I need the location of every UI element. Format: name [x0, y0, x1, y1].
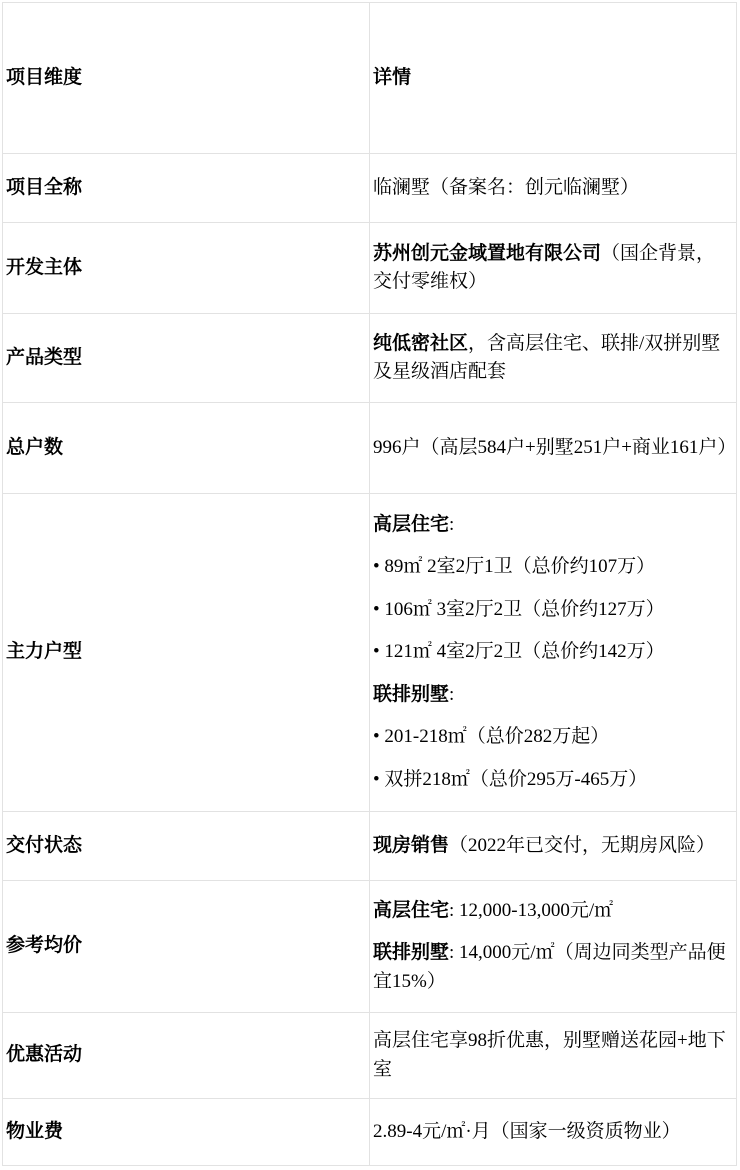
detail-text: : 12,000-13,000元/㎡ [449, 900, 613, 921]
detail-text: • 89㎡ 2室2厅1卫（总价约107万） [373, 556, 655, 577]
detail-paragraph: 高层住宅享98折优惠，别墅赠送花园+地下室 [373, 1027, 733, 1084]
table-header: 项目维度 详情 [3, 3, 737, 154]
header-cell-dimension: 项目维度 [3, 3, 370, 154]
detail-cell: 现房销售（2022年已交付，无期房风险） [370, 812, 737, 881]
table-row: 参考均价高层住宅: 12,000-13,000元/㎡联排别墅: 14,000元/… [3, 881, 737, 1013]
detail-bold-text: 高层住宅 [373, 514, 449, 535]
detail-paragraph: • 双拼218㎡（总价295万-465万） [373, 766, 733, 795]
table-row: 项目全称临澜墅（备案名：创元临澜墅） [3, 154, 737, 223]
detail-paragraph: • 201-218㎡（总价282万起） [373, 723, 733, 752]
dimension-label-cell: 总户数 [3, 403, 370, 494]
table-row: 产品类型纯低密社区，含高层住宅、联排/双拼别墅及星级酒店配套 [3, 314, 737, 403]
header-cell-detail: 详情 [370, 3, 737, 154]
dimension-label-cell: 主力户型 [3, 494, 370, 812]
dimension-label-cell: 参考均价 [3, 881, 370, 1013]
table-row: 开发主体苏州创元金域置地有限公司（国企背景，交付零维权） [3, 223, 737, 314]
detail-cell: 高层住宅享98折优惠，别墅赠送花园+地下室 [370, 1013, 737, 1099]
detail-paragraph: 苏州创元金域置地有限公司（国企背景，交付零维权） [373, 240, 733, 297]
table-row: 总户数996户（高层584户+别墅251户+商业161户） [3, 403, 737, 494]
detail-text: （2022年已交付，无期房风险） [449, 835, 715, 856]
detail-bold-text: 现房销售 [373, 835, 449, 856]
detail-cell: 纯低密社区，含高层住宅、联排/双拼别墅及星级酒店配套 [370, 314, 737, 403]
detail-paragraph: • 89㎡ 2室2厅1卫（总价约107万） [373, 553, 733, 582]
detail-text: 996户（高层584户+别墅251户+商业161户） [373, 437, 736, 458]
detail-bold-text: 高层住宅 [373, 900, 449, 921]
table-row: 物业费2.89-4元/㎡·月（国家一级资质物业） [3, 1099, 737, 1166]
detail-cell: 临澜墅（备案名：创元临澜墅） [370, 154, 737, 223]
detail-bold-text: 联排别墅 [373, 942, 449, 963]
detail-paragraph: 临澜墅（备案名：创元临澜墅） [373, 174, 733, 203]
dimension-label-cell: 优惠活动 [3, 1013, 370, 1099]
detail-text: • 106㎡ 3室2厅2卫（总价约127万） [373, 599, 665, 620]
detail-bold-text: 苏州创元金域置地有限公司 [373, 243, 601, 264]
dimension-label-cell: 交付状态 [3, 812, 370, 881]
detail-paragraph: • 106㎡ 3室2厅2卫（总价约127万） [373, 596, 733, 625]
detail-text: • 双拼218㎡（总价295万-465万） [373, 769, 647, 790]
detail-bold-text: 联排别墅 [373, 684, 449, 705]
project-info-table: 项目维度 详情 项目全称临澜墅（备案名：创元临澜墅）开发主体苏州创元金域置地有限… [2, 2, 737, 1166]
detail-paragraph: • 121㎡ 4室2厅2卫（总价约142万） [373, 638, 733, 667]
detail-text: 临澜墅（备案名：创元临澜墅） [373, 177, 639, 198]
detail-paragraph: 高层住宅: 12,000-13,000元/㎡ [373, 897, 733, 926]
detail-cell: 2.89-4元/㎡·月（国家一级资质物业） [370, 1099, 737, 1166]
detail-cell: 苏州创元金域置地有限公司（国企背景，交付零维权） [370, 223, 737, 314]
detail-paragraph: 高层住宅: [373, 511, 733, 540]
dimension-label-cell: 产品类型 [3, 314, 370, 403]
table-body: 项目全称临澜墅（备案名：创元临澜墅）开发主体苏州创元金域置地有限公司（国企背景，… [3, 154, 737, 1166]
dimension-label-cell: 开发主体 [3, 223, 370, 314]
detail-paragraph: 现房销售（2022年已交付，无期房风险） [373, 832, 733, 861]
detail-text: • 201-218㎡（总价282万起） [373, 726, 609, 747]
detail-paragraph: 纯低密社区，含高层住宅、联排/双拼别墅及星级酒店配套 [373, 330, 733, 387]
dimension-label-cell: 物业费 [3, 1099, 370, 1166]
table-row: 交付状态现房销售（2022年已交付，无期房风险） [3, 812, 737, 881]
detail-text: : [449, 514, 454, 535]
table-row: 主力户型高层住宅:• 89㎡ 2室2厅1卫（总价约107万）• 106㎡ 3室2… [3, 494, 737, 812]
detail-cell: 996户（高层584户+别墅251户+商业161户） [370, 403, 737, 494]
detail-cell: 高层住宅:• 89㎡ 2室2厅1卫（总价约107万）• 106㎡ 3室2厅2卫（… [370, 494, 737, 812]
detail-paragraph: 联排别墅: [373, 681, 733, 710]
detail-paragraph: 996户（高层584户+别墅251户+商业161户） [373, 434, 733, 463]
detail-text: 高层住宅享98折优惠，别墅赠送花园+地下室 [373, 1030, 726, 1080]
detail-cell: 高层住宅: 12,000-13,000元/㎡联排别墅: 14,000元/㎡（周边… [370, 881, 737, 1013]
detail-paragraph: 2.89-4元/㎡·月（国家一级资质物业） [373, 1118, 733, 1147]
dimension-label-cell: 项目全称 [3, 154, 370, 223]
detail-paragraph: 联排别墅: 14,000元/㎡（周边同类型产品便宜15%） [373, 939, 733, 996]
detail-text: 2.89-4元/㎡·月（国家一级资质物业） [373, 1121, 681, 1142]
detail-text: • 121㎡ 4室2厅2卫（总价约142万） [373, 641, 665, 662]
header-row: 项目维度 详情 [3, 3, 737, 154]
detail-bold-text: 纯低密社区 [373, 333, 468, 354]
table-row: 优惠活动高层住宅享98折优惠，别墅赠送花园+地下室 [3, 1013, 737, 1099]
detail-text: : [449, 684, 454, 705]
